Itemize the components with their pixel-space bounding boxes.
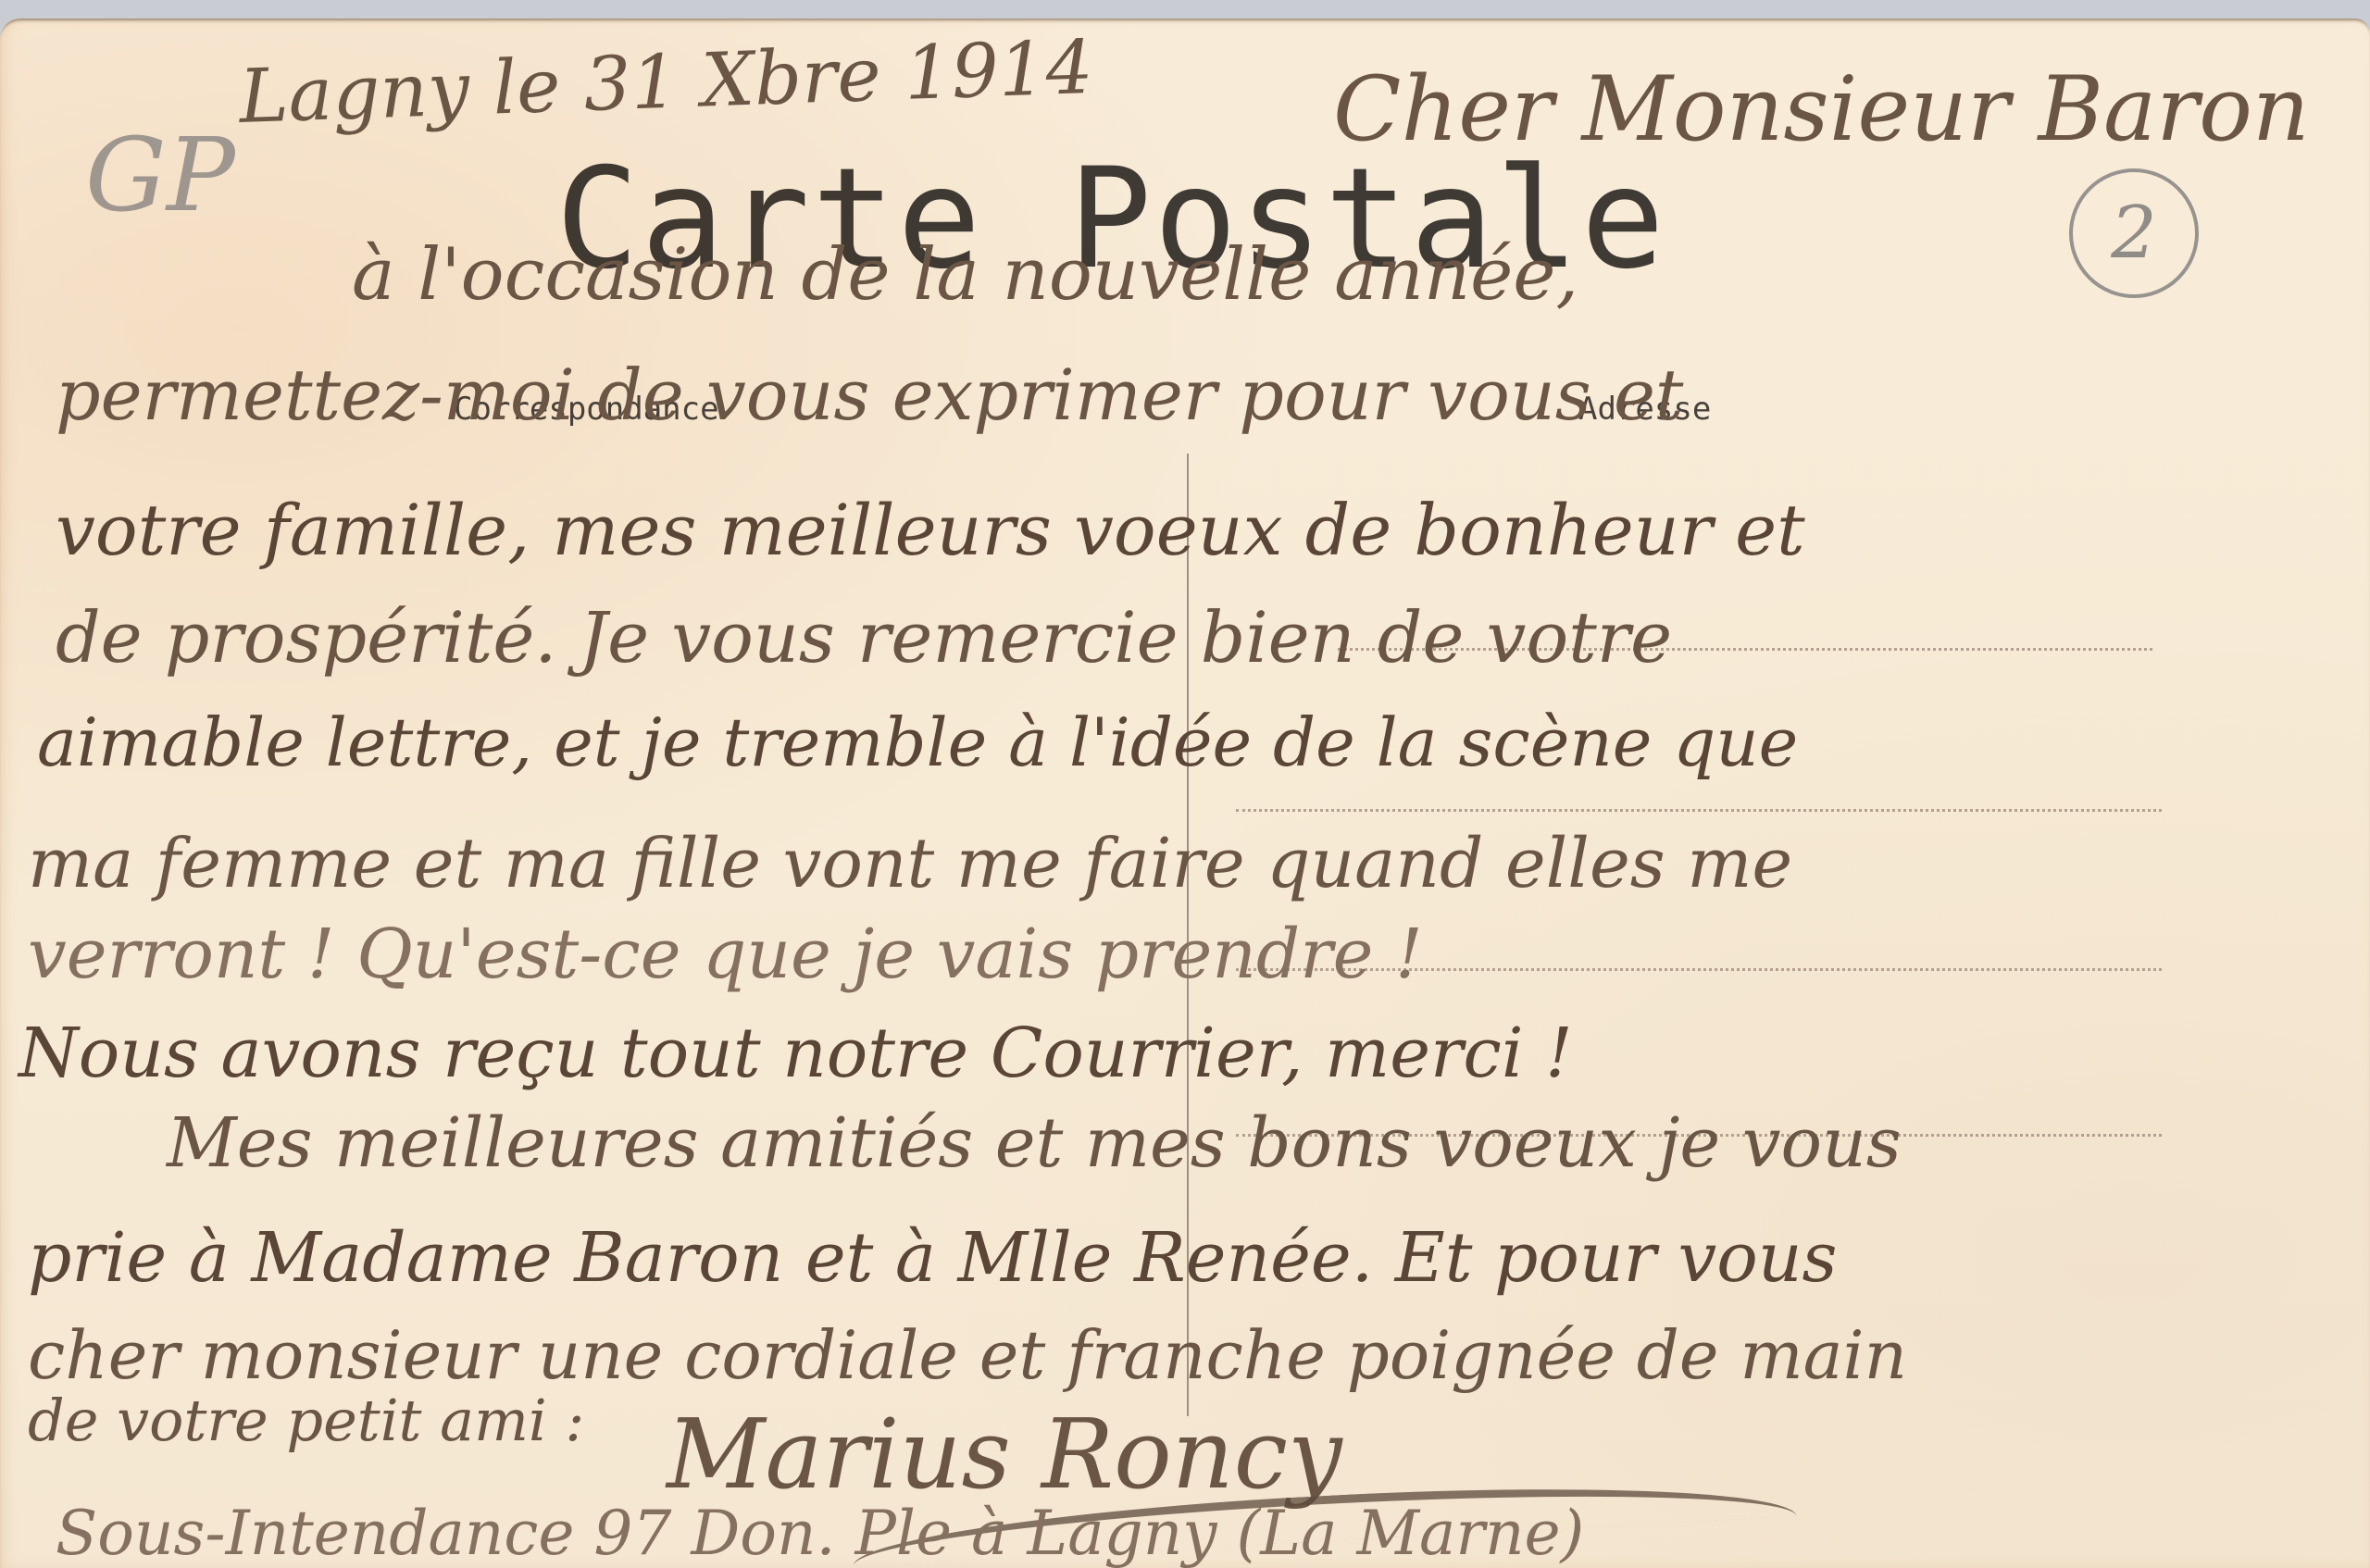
address-line-2	[1236, 809, 2162, 812]
handwritten-line-8: Nous avons reçu tout notre Courrier, mer…	[19, 1014, 1573, 1093]
circled-number-annotation: 2	[2069, 168, 2199, 298]
circled-number: 2	[2111, 192, 2157, 275]
handwritten-line-11: cher monsieur une cordiale et franche po…	[28, 1316, 1907, 1394]
handwritten-line-3: votre famille, mes meilleurs voeux de bo…	[56, 489, 1805, 571]
postcard-back: GP Lagny le 31 Xbre 1914 Cher Monsieur B…	[0, 19, 2370, 1568]
signature: Marius Roncy	[667, 1398, 1342, 1511]
handwritten-line-10: prie à Madame Baron et à Mlle Renée. Et …	[28, 1218, 1838, 1298]
handwritten-line-5: aimable lettre, et je tremble à l'idée d…	[37, 703, 1798, 781]
dateline: Lagny le 31 Xbre 1914	[238, 24, 1094, 140]
handwritten-line-2: permettez-moi de vous exprimer pour vous…	[56, 354, 1683, 436]
handwritten-line-7: verront ! Qu'est-ce que je vais prendre …	[28, 915, 1423, 994]
handwritten-line-4: de prospérité. Je vous remercie bien de …	[56, 596, 1672, 678]
handwritten-line-9: Mes meilleures amitiés et mes bons voeux…	[167, 1103, 1902, 1183]
handwritten-line-12: de votre petit ami :	[28, 1387, 584, 1454]
handwritten-line-6: ma femme et ma fille vont me faire quand…	[28, 824, 1792, 903]
pencil-annotation-gp: GP	[85, 116, 235, 234]
footer-address-line: Sous-Intendance 97 Don. Ple à Lagny (La …	[56, 1498, 1584, 1568]
handwritten-line-1: à l'occasion de la nouvelle année,	[352, 233, 1578, 317]
